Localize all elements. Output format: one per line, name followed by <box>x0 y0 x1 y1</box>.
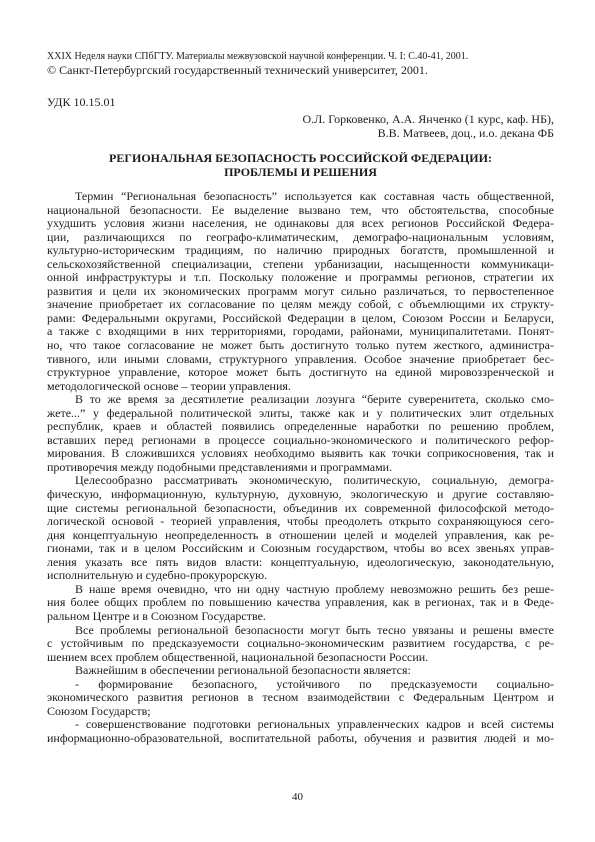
text-line: с устойчивым по предсказуемости социальн… <box>47 637 554 651</box>
text-line: ральном Центре и в Союзном Государстве. <box>47 610 554 624</box>
paper-title-line-2: ПРОБЛЕМЫ И РЕШЕНИЯ <box>47 165 554 179</box>
text-line: ции, различающихся по географо-климатиче… <box>47 231 554 245</box>
text-line: - совершенствование подготовки региональ… <box>47 718 554 732</box>
text-line: дня концептуальную неопределенность в от… <box>47 529 554 543</box>
text-line: ухудшить условия жизни населения, не оди… <box>47 217 554 231</box>
text-line: тивного, или иными словами, структурного… <box>47 353 554 367</box>
text-line: гионами, так и в целом Российским и Союз… <box>47 542 554 556</box>
text-line: а также с входящими в них территориями, … <box>47 325 554 339</box>
page-number: 40 <box>0 791 595 803</box>
text-line: экономического развития регионов в тесно… <box>47 691 554 705</box>
paragraph: - совершенствование подготовки региональ… <box>47 718 554 745</box>
text-line: жете...” у федеральной политической элит… <box>47 407 554 421</box>
text-line: В наше время очевидно, что ни одну частн… <box>47 583 554 597</box>
text-line: культурно-историческим традициям, по нал… <box>47 244 554 258</box>
udc-label: УДК 10.15.01 <box>47 95 554 109</box>
text-line: республик, краев и областей появились оп… <box>47 420 554 434</box>
text-line: национальной безопасности. Ее выделение … <box>47 204 554 218</box>
text-line: Целесообразно рассматривать экономическу… <box>47 474 554 488</box>
text-line: ления указать все пять видов власти: кон… <box>47 556 554 570</box>
text-line: ния более общих проблем по повышению кач… <box>47 596 554 610</box>
paper-title-line-1: РЕГИОНАЛЬНАЯ БЕЗОПАСНОСТЬ РОССИЙСКОЙ ФЕД… <box>47 151 554 165</box>
text-line: исполнительную и судебно-прокурорскую. <box>47 569 554 583</box>
text-line: сельскохозяйственной специализации, степ… <box>47 258 554 272</box>
text-line: - формирование безопасного, устойчивого … <box>47 678 554 692</box>
text-line: Термин “Региональная безопасность” испол… <box>47 190 554 204</box>
text-line: информационно-образовательной, воспитате… <box>47 732 554 746</box>
text-line: логической основой - теорией управления,… <box>47 515 554 529</box>
text-line: мирования. В сложившихся условиях необхо… <box>47 447 554 461</box>
text-line: Все проблемы региональной безопасности м… <box>47 624 554 638</box>
author-line-1: О.Л. Горковенко, А.А. Янченко (1 курс, к… <box>47 112 554 126</box>
paragraph: - формирование безопасного, устойчивого … <box>47 678 554 719</box>
document-page: XXIX Неделя науки СПбГТУ. Материалы межв… <box>0 0 595 842</box>
author-line-2: В.В. Матвеев, доц., и.о. декана ФБ <box>47 126 554 140</box>
paper-title: РЕГИОНАЛЬНАЯ БЕЗОПАСНОСТЬ РОССИЙСКОЙ ФЕД… <box>47 151 554 179</box>
paragraph: В то же время за десятилетие реализации … <box>47 393 554 474</box>
paragraph: Термин “Региональная безопасность” испол… <box>47 190 554 393</box>
text-line: В то же время за десятилетие реализации … <box>47 393 554 407</box>
text-line: но, что такое согласование не может быть… <box>47 339 554 353</box>
copyright-line: © Санкт-Петербургский государственный те… <box>47 63 554 77</box>
paragraph: Целесообразно рассматривать экономическу… <box>47 474 554 582</box>
paragraph: В наше время очевидно, что ни одну частн… <box>47 583 554 624</box>
paragraph: Важнейшим в обеспечении региональной без… <box>47 664 554 678</box>
header-citation: XXIX Неделя науки СПбГТУ. Материалы межв… <box>47 50 554 63</box>
text-line: Союзом Государств; <box>47 705 554 719</box>
text-line: методологической основе – теории управле… <box>47 380 554 394</box>
text-line: развития и цели их экономических програм… <box>47 285 554 299</box>
text-line: Важнейшим в обеспечении региональной без… <box>47 664 554 678</box>
authors-block: О.Л. Горковенко, А.А. Янченко (1 курс, к… <box>47 112 554 140</box>
body-text: Термин “Региональная безопасность” испол… <box>47 190 554 745</box>
text-line: противоречия между подобными представлен… <box>47 461 554 475</box>
text-line: рами: Федеральными округами, Российской … <box>47 312 554 326</box>
paragraph: Все проблемы региональной безопасности м… <box>47 624 554 665</box>
text-line: онной инфраструктуры и т.п. Поскольку по… <box>47 271 554 285</box>
text-line: щие системы региональной безопасности, о… <box>47 502 554 516</box>
text-line: значение приобретает их согласование по … <box>47 298 554 312</box>
text-line: шением всех проблем общественной, национ… <box>47 651 554 665</box>
text-line: структурное управление, которое может бы… <box>47 366 554 380</box>
text-line: вставших перед регионами в процессе соци… <box>47 434 554 448</box>
text-line: фическую, информационную, культурную, ду… <box>47 488 554 502</box>
